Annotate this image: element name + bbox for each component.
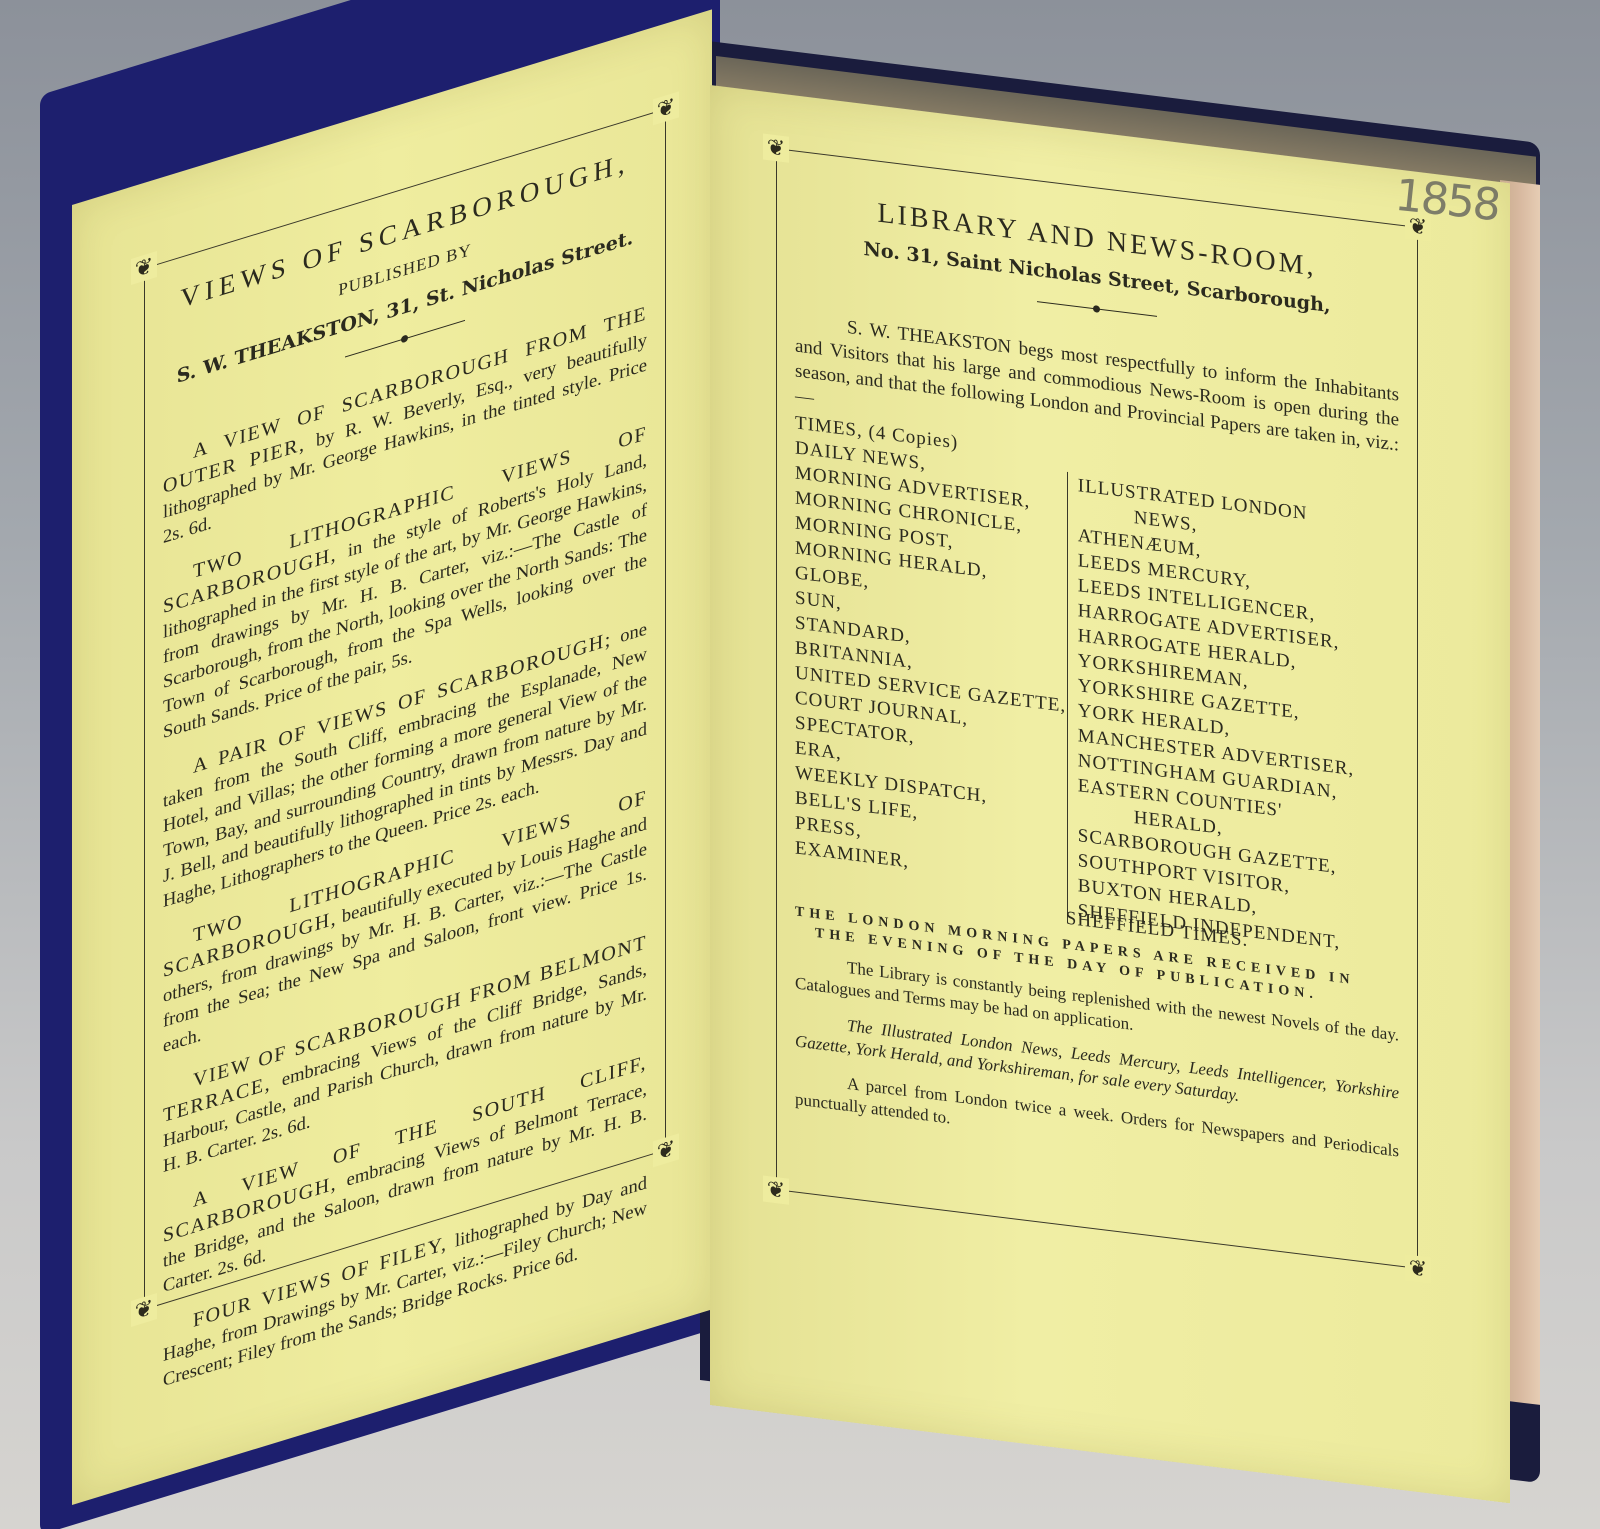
right-flyleaf-page: ❦ ❦ ❦ ❦ LIBRARY AND NEWS-ROOM, No. 31, S… [710,85,1510,1503]
left-pastedown-page: ❦ ❦ ❦ ❦ VIEWS OF SCARBOROUGH, PUBLISHED … [72,9,712,1505]
corner-ornament-icon: ❦ [763,1176,789,1205]
corner-ornament-icon: ❦ [131,1293,157,1327]
left-page-title: VIEWS OF SCARBOROUGH, [163,141,647,320]
corner-ornament-icon: ❦ [1405,1254,1431,1283]
ornamental-rule [1037,301,1157,317]
provincial-papers-column: ILLUSTRATED LONDON NEWS, ATHENÆUM, LEEDS… [1067,472,1392,962]
newspaper-list: TIMES, (4 Copies) DAILY NEWS, MORNING AD… [795,410,1399,962]
corner-ornament-icon: ❦ [653,91,679,125]
left-page-border: ❦ ❦ ❦ ❦ VIEWS OF SCARBOROUGH, PUBLISHED … [144,108,666,1310]
right-page-border: ❦ ❦ ❦ ❦ LIBRARY AND NEWS-ROOM, No. 31, S… [776,148,1418,1269]
corner-ornament-icon: ❦ [763,134,789,163]
corner-ornament-icon: ❦ [131,251,157,285]
corner-ornament-icon: ❦ [653,1133,679,1167]
handwritten-year: 1858 [1393,170,1502,232]
book-photo: ❦ ❦ ❦ ❦ VIEWS OF SCARBOROUGH, PUBLISHED … [0,0,1600,1529]
london-papers-column: TIMES, (4 Copies) DAILY NEWS, MORNING AD… [795,410,1067,921]
